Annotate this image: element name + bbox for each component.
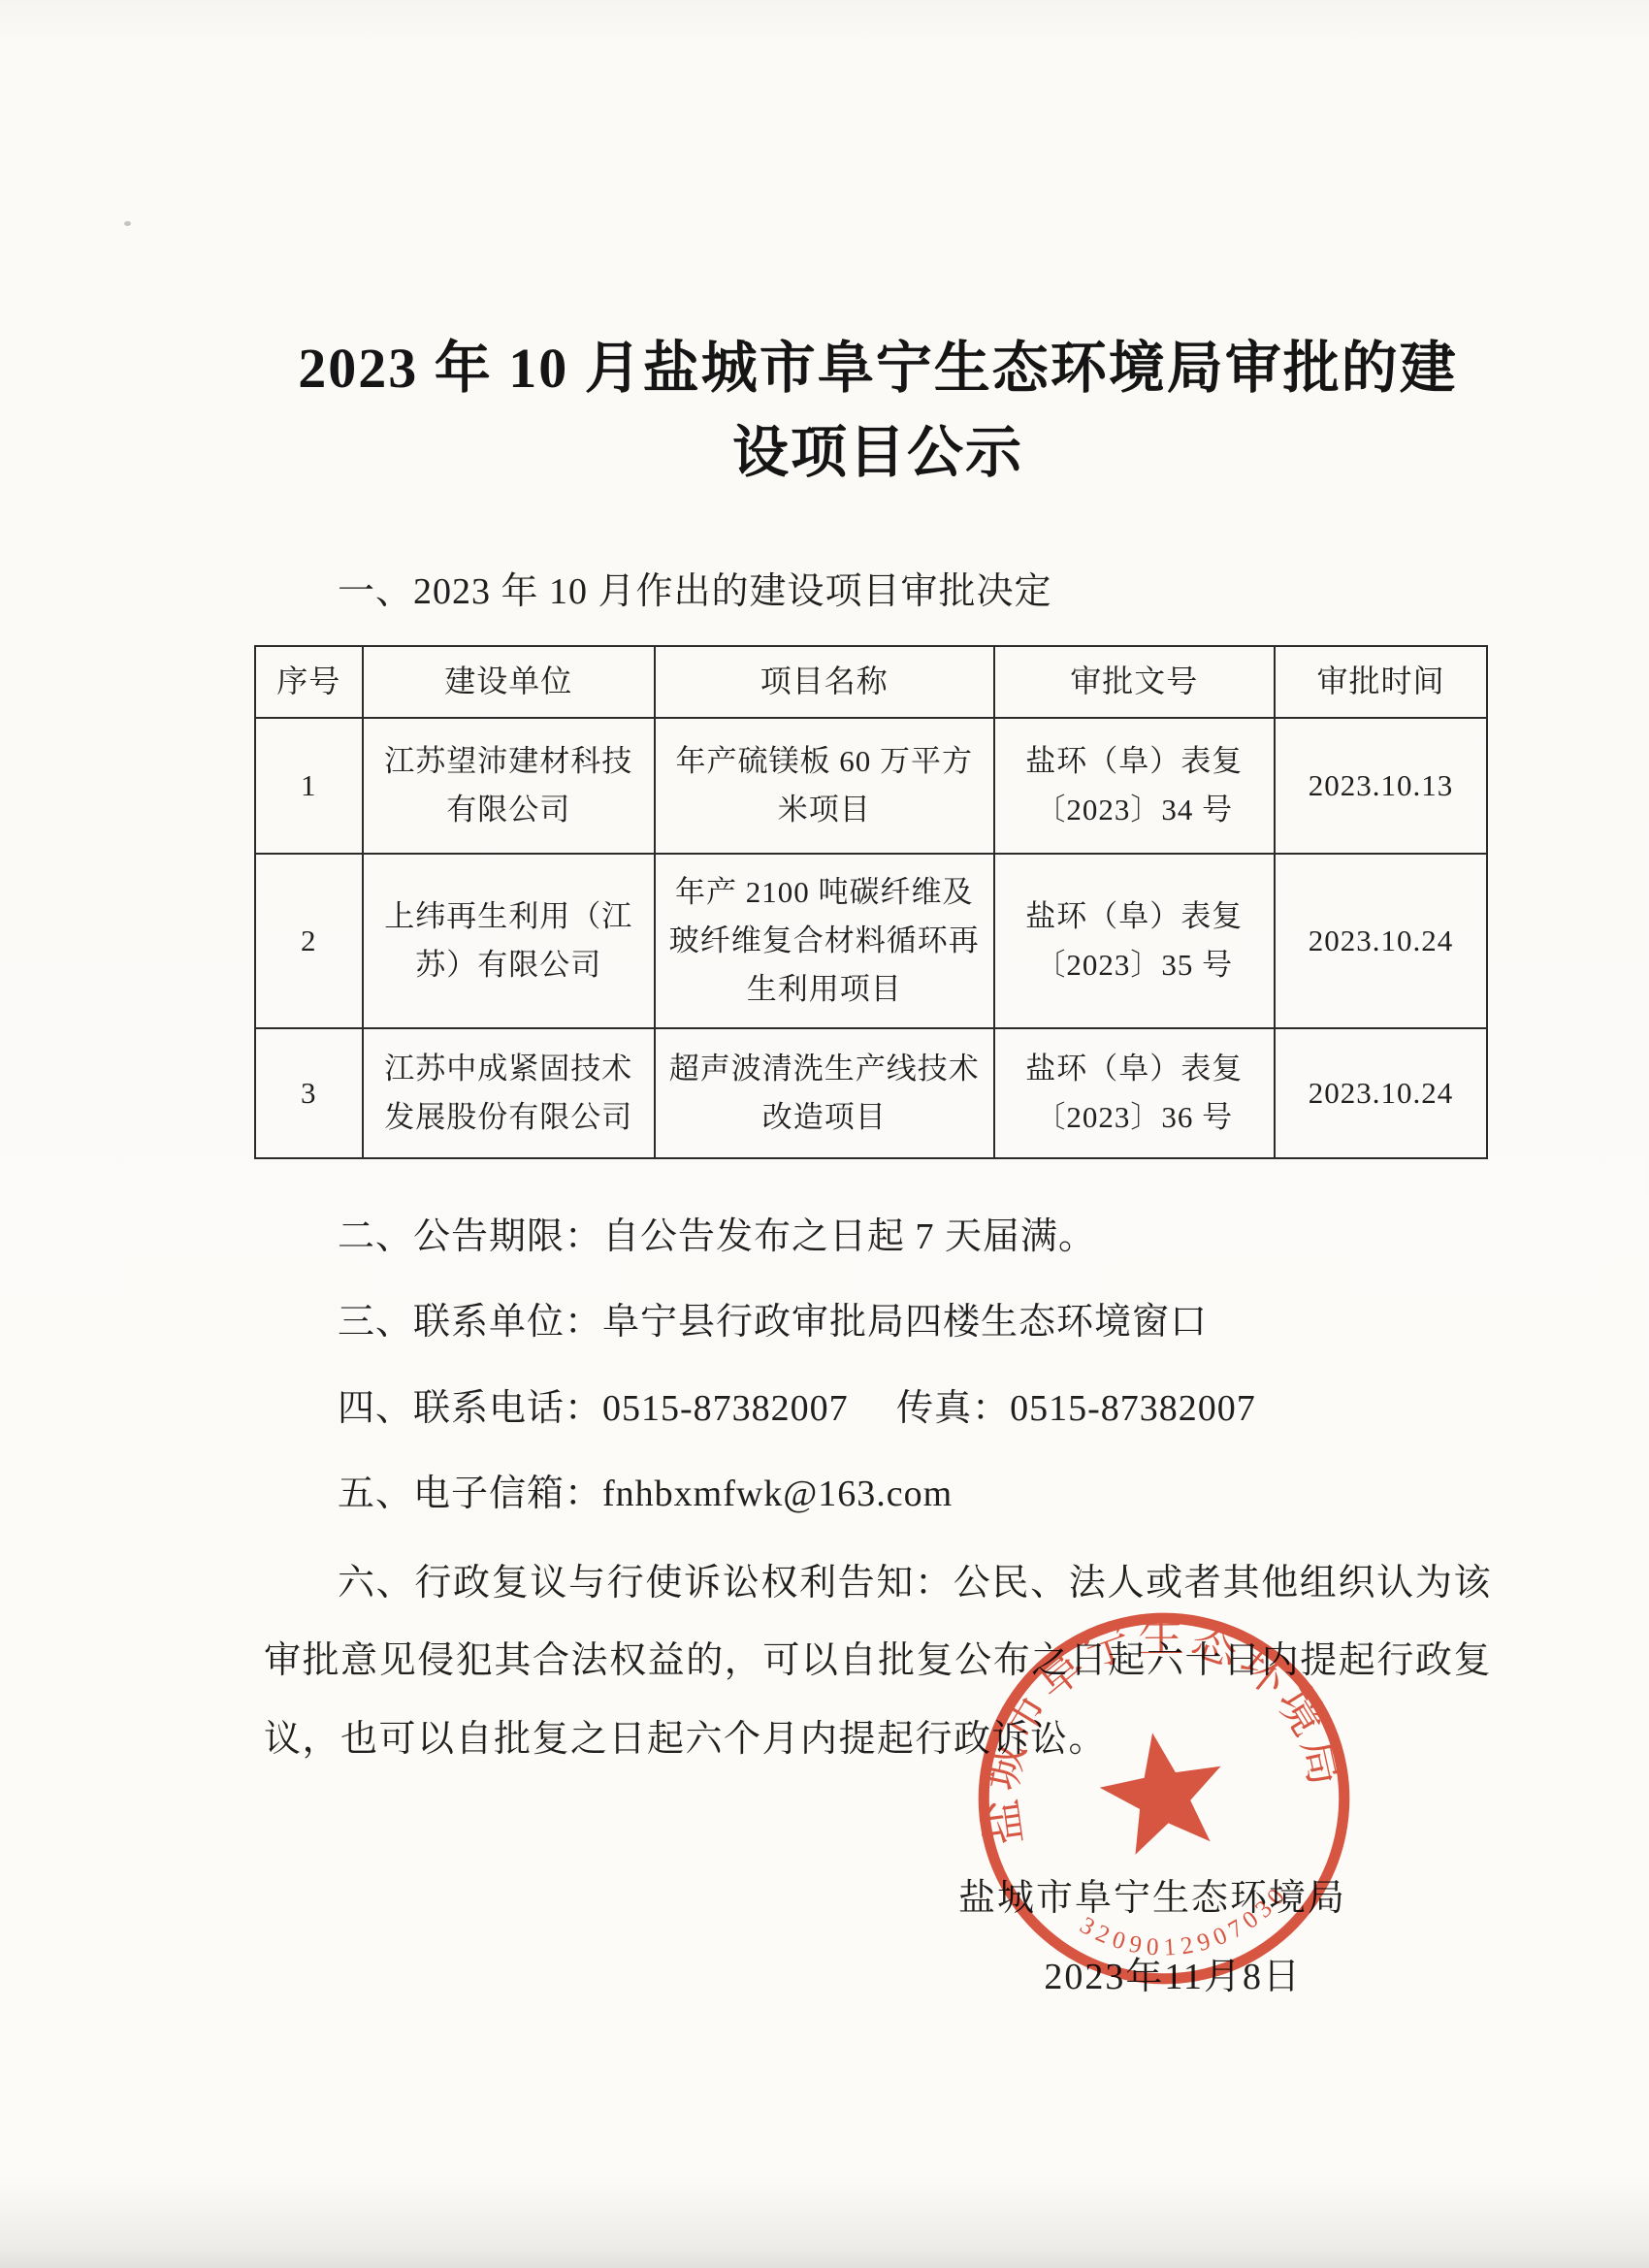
row2-date: 2023.10.24 (1275, 854, 1487, 1028)
document-title-line1: 2023 年 10 月盐城市阜宁生态环境局审批的建 (264, 326, 1492, 410)
item-contact-phone: 四、联系电话：0515-87382007 传真：0515-87382007 (264, 1366, 1492, 1451)
table-header-unit: 建设单位 (363, 646, 655, 718)
signature-authority: 盐城市阜宁生态环境局 (264, 1867, 1492, 1921)
row2-doc-no: 盐环（阜）表复〔2023〕35 号 (994, 854, 1275, 1028)
table-row: 3 江苏中成紧固技术发展股份有限公司 超声波清洗生产线技术改造项目 盐环（阜）表… (255, 1028, 1487, 1158)
table-row: 2 上纬再生利用（江苏）有限公司 年产 2100 吨碳纤维及玻纤维复合材料循环再… (255, 854, 1487, 1028)
row3-project: 超声波清洗生产线技术改造项目 (655, 1028, 994, 1158)
scan-speck (124, 221, 131, 226)
document-title: 2023 年 10 月盐城市阜宁生态环境局审批的建 设项目公示 (264, 326, 1492, 495)
document-content: 2023 年 10 月盐城市阜宁生态环境局审批的建 设项目公示 一、2023 年… (264, 0, 1492, 1999)
notice-items: 二、公告期限：自公告发布之日起 7 天届满。 三、联系单位：阜宁县行政审批局四楼… (264, 1194, 1492, 1537)
row2-unit: 上纬再生利用（江苏）有限公司 (363, 854, 655, 1028)
row1-date: 2023.10.13 (1275, 718, 1487, 854)
row2-seq: 2 (255, 854, 363, 1028)
scanned-document-page: 2023 年 10 月盐城市阜宁生态环境局审批的建 设项目公示 一、2023 年… (0, 0, 1649, 2268)
row3-doc-no: 盐环（阜）表复〔2023〕36 号 (994, 1028, 1275, 1158)
row1-project: 年产硫镁板 60 万平方米项目 (655, 718, 994, 854)
row3-seq: 3 (255, 1028, 363, 1158)
row1-seq: 1 (255, 718, 363, 854)
item-email: 五、电子信箱：fnhbxmfwk@163.com (264, 1451, 1492, 1537)
item-contact-unit: 三、联系单位：阜宁县行政审批局四楼生态环境窗口 (264, 1280, 1492, 1365)
table-row: 1 江苏望沛建材科技有限公司 年产硫镁板 60 万平方米项目 盐环（阜）表复〔2… (255, 718, 1487, 854)
table-header-row: 序号 建设单位 项目名称 审批文号 审批时间 (255, 646, 1487, 718)
row1-doc-no: 盐环（阜）表复〔2023〕34 号 (994, 718, 1275, 854)
signature-date: 2023年11月8日 (264, 1946, 1492, 1999)
table-header-date: 审批时间 (1275, 646, 1487, 718)
document-title-line2: 设项目公示 (264, 410, 1492, 495)
row2-project: 年产 2100 吨碳纤维及玻纤维复合材料循环再生利用项目 (655, 854, 994, 1028)
row1-unit: 江苏望沛建材科技有限公司 (363, 718, 655, 854)
item-announcement-period: 二、公告期限：自公告发布之日起 7 天届满。 (264, 1194, 1492, 1280)
section-one-heading: 一、2023 年 10 月作出的建设项目审批决定 (264, 568, 1492, 616)
table-header-doc-no: 审批文号 (994, 646, 1275, 718)
row3-date: 2023.10.24 (1275, 1028, 1487, 1158)
signature-block: 盐城市阜宁生态环境局 2023年11月8日 (264, 1867, 1492, 1999)
table-header-seq: 序号 (255, 646, 363, 718)
table-header-project: 项目名称 (655, 646, 994, 718)
approval-table: 序号 建设单位 项目名称 审批文号 审批时间 1 江苏望沛建材科技有限公司 年产… (254, 645, 1488, 1159)
row3-unit: 江苏中成紧固技术发展股份有限公司 (363, 1028, 655, 1158)
paragraph-legal-notice: 六、行政复议与行使诉讼权利告知：公民、法人或者其他组织认为该审批意见侵犯其合法权… (264, 1544, 1492, 1779)
